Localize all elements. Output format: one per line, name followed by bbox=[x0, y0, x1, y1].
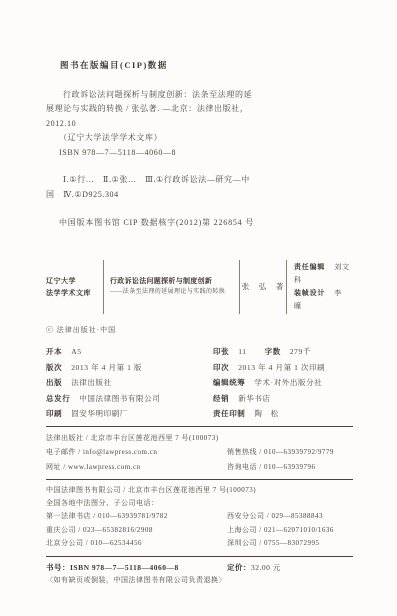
cip-record-number: 中国版本图书馆 CIP 数据核字(2012)第 226854 号 bbox=[46, 216, 353, 231]
editor-label: 责任编辑 bbox=[294, 263, 325, 271]
book-number-value: ISBN 978—7—5118—4060—8 bbox=[70, 563, 179, 572]
publisher-value: 法律出版社 bbox=[71, 378, 112, 387]
print-supervisor-label: 责任印制 bbox=[213, 409, 245, 418]
branches-intro: 全国各地中法图分、子公司电话： bbox=[46, 497, 353, 510]
cip-class-line: Ⅰ.①行… Ⅱ.①张… Ⅲ.①行政诉讼法—研究—中 bbox=[46, 173, 353, 188]
format-label: 开本 bbox=[46, 347, 62, 356]
cip-body: 行政诉讼法问题探析与制度创新：法条至法理的延 展理论与实践的转换 / 张弘著. … bbox=[46, 88, 353, 161]
copyright-notice: ⓒ 法律出版社·中国 bbox=[46, 323, 353, 338]
cip-body-line: 展理论与实践的转换 / 张弘著. —北京：法律出版社， bbox=[46, 102, 353, 117]
pub-row: 印刷固安华明印刷厂 责任印制陶 松 bbox=[46, 406, 353, 422]
edition-value: 2013 年 4 月第 1 版 bbox=[71, 363, 142, 372]
edition-label: 版次 bbox=[46, 363, 62, 372]
printer-label: 印刷 bbox=[46, 409, 62, 418]
divider bbox=[46, 479, 353, 480]
branch-phone: 北京分公司 / 010—62534456 bbox=[46, 537, 227, 550]
sheets-label: 印张 bbox=[213, 347, 229, 356]
branch-phone: 西安分公司 / 029—85388843 bbox=[227, 510, 353, 523]
publisher-address: 法律出版社 / 北京市丰台区莲花池西里 7 号(100073) bbox=[46, 431, 353, 446]
cip-series: （辽宁大学法学学术文库） bbox=[46, 131, 353, 146]
colophon-bar: 辽宁大学 法学学术文库 行政诉讼法问题探析与制度创新 ——法条至法理的延展理论与… bbox=[46, 260, 353, 314]
publication-info: 开本A5 印张11字数279千 版次2013 年 4 月第 1 版 印次2013… bbox=[46, 344, 353, 422]
pub-row: 总发行中国法律图书有限公司 经销新华书店 bbox=[46, 391, 353, 407]
branch-row: 重庆公司 / 023—65382816/2908 上海公司 / 021—6207… bbox=[46, 524, 353, 537]
printing-value: 2013 年 4 月第 1 次印刷 bbox=[238, 363, 325, 372]
sheets-value: 11 bbox=[238, 347, 246, 356]
pub-row: 出版法律出版社 编辑统筹学术·对外出版分社 bbox=[46, 375, 353, 391]
branch-row: 第一法律书店 / 010—63939781/9782 西安分公司 / 029—8… bbox=[46, 510, 353, 523]
branch-phone: 第一法律书店 / 010—63939781/9782 bbox=[46, 510, 227, 523]
branch-phone: 重庆公司 / 023—65382816/2908 bbox=[46, 524, 227, 537]
colophon-title-cell: 行政诉讼法问题探析与制度创新 ——法条至法理的延展理论与实践的转换 bbox=[103, 260, 240, 314]
distributor-label: 总发行 bbox=[46, 394, 70, 403]
book-author: 张 弘 著 bbox=[240, 260, 286, 314]
book-title: 行政诉讼法问题探析与制度创新 bbox=[110, 276, 234, 286]
editorial-value: 学术·对外出版分社 bbox=[254, 378, 322, 387]
price-value: 32.00 元 bbox=[251, 563, 281, 572]
branch-row: 北京分公司 / 010—62534456 深圳公司 / 0755—8307299… bbox=[46, 537, 353, 550]
cip-heading: 图书在版编目(CIP)数据 bbox=[46, 58, 353, 73]
book-subtitle: ——法条至法理的延展理论与实践的转换 bbox=[110, 288, 234, 297]
editorial-label: 编辑统筹 bbox=[213, 378, 245, 387]
cip-classification: Ⅰ.①行… Ⅱ.①张… Ⅲ.①行政诉讼法—研究—中 国 Ⅳ.①D925.304 bbox=[46, 173, 353, 202]
pub-row: 开本A5 印张11字数279千 bbox=[46, 344, 353, 360]
price-label: 定价： bbox=[227, 563, 251, 572]
replacement-note: 〈如有缺页或倒装，中国法律图书有限公司负责退换〉 bbox=[46, 574, 353, 587]
editor-line: 责任编辑刘文科 bbox=[294, 261, 353, 287]
distributor-address-block: 中国法律图书有限公司 / 北京市丰台区莲花池西里 7 号(100073) 全国各… bbox=[46, 484, 353, 550]
publisher-address-block: 法律出版社 / 北京市丰台区莲花池西里 7 号(100073) 电子邮件 / i… bbox=[46, 431, 353, 475]
distributor-value: 中国法律图书有限公司 bbox=[79, 394, 160, 403]
format-value: A5 bbox=[71, 347, 81, 356]
footer-isbn-price: 书号：ISBN 978—7—5118—4060—8 定价：32.00 元 bbox=[46, 561, 353, 574]
cip-body-line: 行政诉讼法问题探析与制度创新：法条至法理的延 bbox=[46, 88, 353, 103]
colophon-series: 辽宁大学 法学学术文库 bbox=[46, 260, 103, 314]
designer-line: 装帧设计李 曈 bbox=[294, 287, 353, 313]
divider bbox=[46, 556, 353, 557]
publisher-website: 网址 / www.lawpress.com.cn bbox=[46, 460, 227, 475]
publisher-email: 电子邮件 / info@lawpress.com.cn bbox=[46, 445, 227, 460]
divider bbox=[46, 426, 353, 427]
cip-body-line: 2012.10 bbox=[46, 117, 353, 132]
wordcount-value: 279千 bbox=[290, 347, 311, 356]
sales-hotline: 销售热线 / 010—63939792/9779 bbox=[227, 445, 353, 460]
branch-phone: 深圳公司 / 0755—83072995 bbox=[227, 537, 353, 550]
seller-label: 经销 bbox=[213, 394, 229, 403]
print-supervisor-value: 陶 松 bbox=[254, 409, 278, 418]
printing-label: 印次 bbox=[213, 363, 229, 372]
branch-phone: 上海公司 / 021—62071010/1636 bbox=[227, 524, 353, 537]
book-number-label: 书号： bbox=[46, 563, 70, 572]
pub-row: 版次2013 年 4 月第 1 版 印次2013 年 4 月第 1 次印刷 bbox=[46, 360, 353, 376]
page-content: 图书在版编目(CIP)数据 行政诉讼法问题探析与制度创新：法条至法理的延 展理论… bbox=[46, 0, 353, 587]
cip-class-line: 国 Ⅳ.①D925.304 bbox=[46, 188, 353, 203]
series-name-line: 法学学术文库 bbox=[46, 287, 103, 299]
colophon-staff-cell: 责任编辑刘文科 装帧设计李 曈 bbox=[286, 260, 353, 314]
printer-value: 固安华明印刷厂 bbox=[71, 409, 128, 418]
copyright-page: 图书在版编目(CIP)数据 行政诉讼法问题探析与制度创新：法条至法理的延 展理论… bbox=[0, 0, 397, 616]
consult-phone: 咨询电话 / 010—63939796 bbox=[227, 460, 353, 475]
publisher-label: 出版 bbox=[46, 378, 62, 387]
series-name-line: 辽宁大学 bbox=[46, 275, 103, 287]
distributor-address: 中国法律图书有限公司 / 北京市丰台区莲花池西里 7 号(100073) bbox=[46, 484, 353, 497]
wordcount-label: 字数 bbox=[265, 347, 281, 356]
seller-value: 新华书店 bbox=[238, 394, 270, 403]
designer-label: 装帧设计 bbox=[294, 289, 325, 297]
cip-isbn: ISBN 978—7—5118—4060—8 bbox=[46, 146, 353, 161]
